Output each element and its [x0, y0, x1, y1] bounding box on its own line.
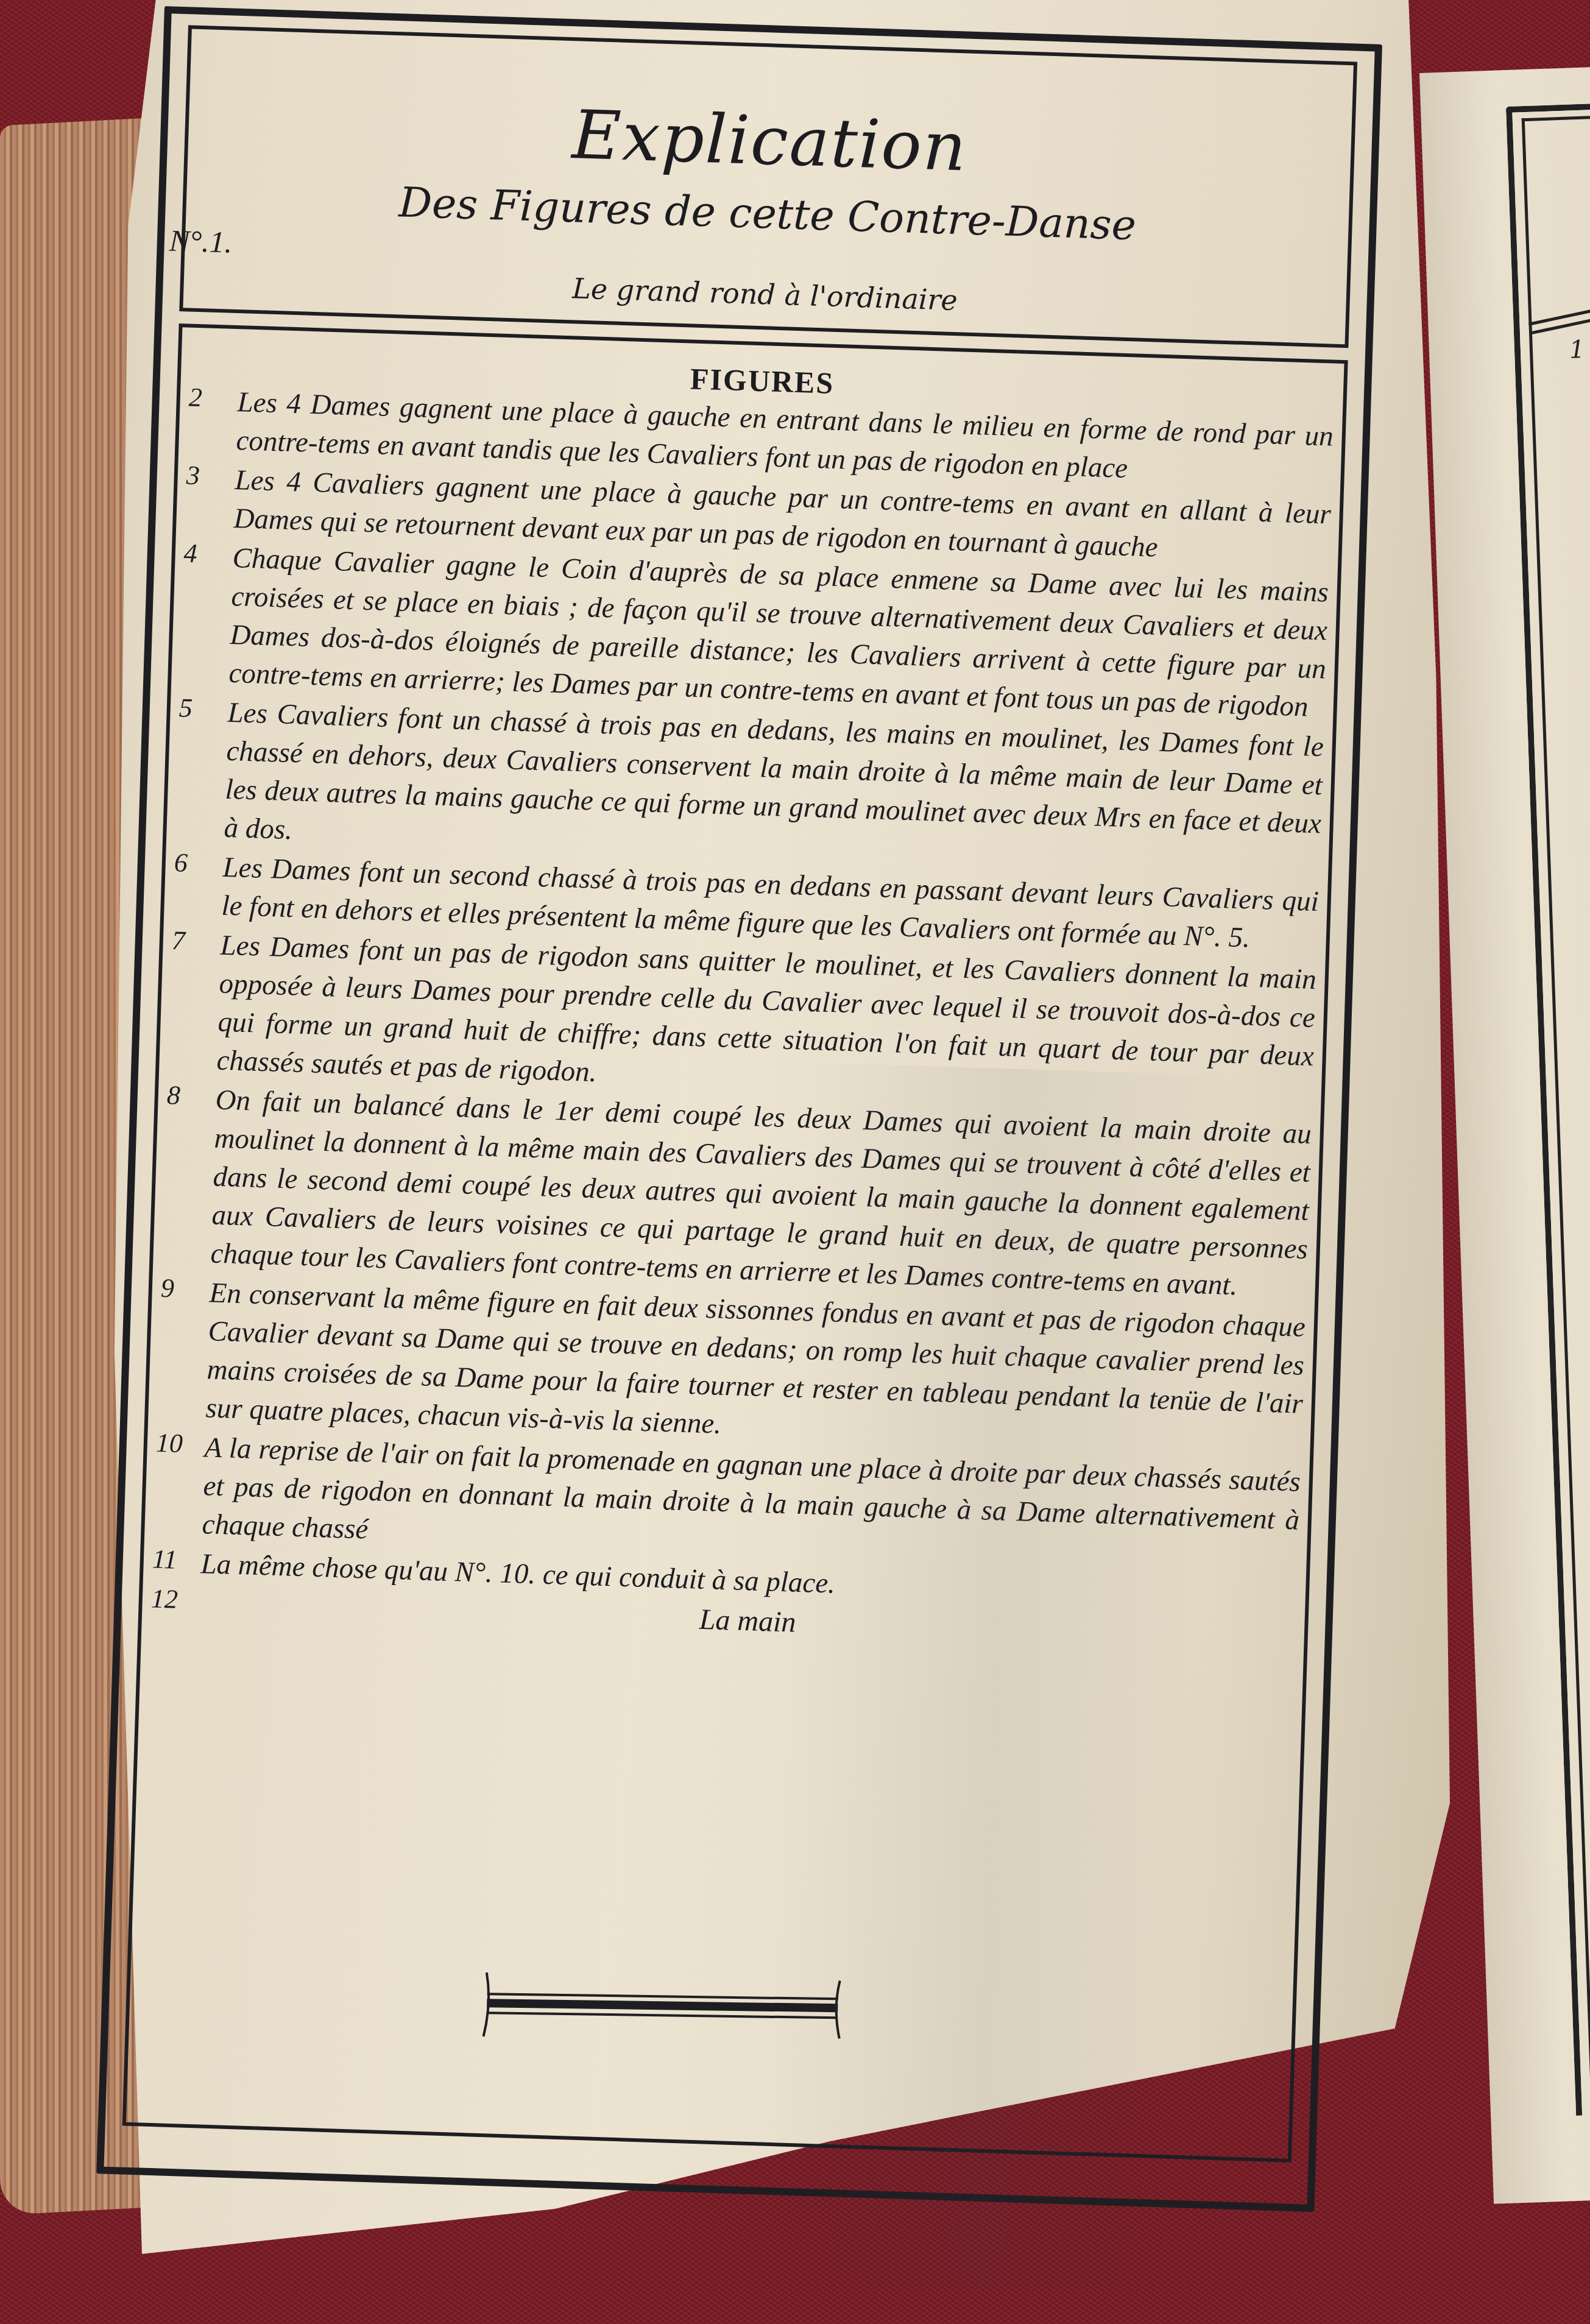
facing-page-inner-frame [1522, 115, 1590, 2097]
figure-number: 9 [160, 1273, 204, 1305]
figure-number: 3 [186, 460, 230, 492]
figure-number: 7 [171, 925, 215, 957]
figure-number: 12 [150, 1583, 194, 1616]
figure-item: 8 On fait un balancé dans le 1er demi co… [161, 1079, 1312, 1307]
decorative-rule-ornament [478, 1966, 846, 2051]
figure-text: On fait un balancé dans le 1er demi coup… [210, 1081, 1312, 1307]
facing-page-marker: 1 [1569, 336, 1585, 364]
figure-number: 4 [183, 537, 227, 570]
engraved-page: Explication Des Figures de cette Contre-… [96, 6, 1382, 2212]
figure-number: 6 [174, 847, 217, 879]
figure-number: 11 [152, 1544, 196, 1576]
figure-number: 10 [155, 1427, 199, 1460]
dance-number-label: N°.1. [169, 222, 233, 260]
figure-number: 2 [188, 382, 232, 414]
figures-list: 2 Les 4 Dames gagnent une place à gauche… [150, 382, 1334, 1659]
figure-number: 5 [178, 692, 222, 724]
figure-number: 8 [166, 1079, 210, 1112]
